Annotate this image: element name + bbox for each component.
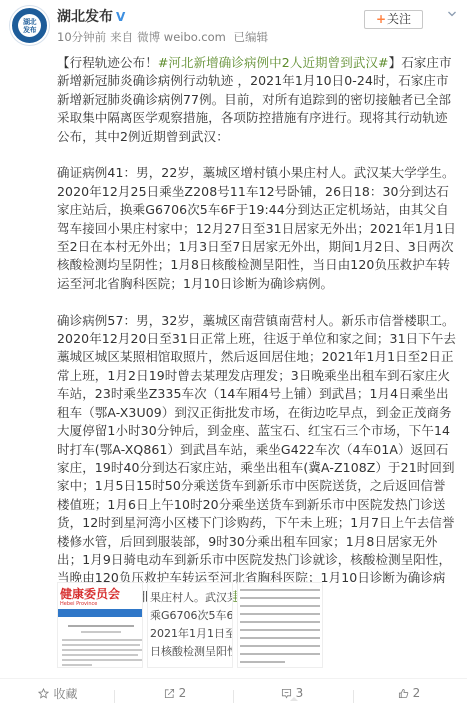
repost-icon [164,688,175,699]
source-prefix: 来自 [110,30,133,44]
divider [114,690,115,703]
verified-badge-icon: V [116,10,125,24]
intro-bracket-open: 【行程轨迹公布！ [57,55,158,70]
hashtag-link[interactable]: #河北新增确诊病例中2人近期曾到武汉# [158,55,389,70]
case-41-paragraph: 确证病例41：男，22岁，藁城区增村镇小果庄村人。武汉某大学学生。2020年12… [57,164,457,293]
action-bar: 收藏 2 3 2 [0,678,467,703]
image-thumbnail-3[interactable] [237,582,323,668]
follow-button[interactable]: +关注 [364,10,423,29]
thumb-line [62,664,92,666]
chevron-down-icon[interactable] [447,9,457,19]
thumb-line [62,659,142,661]
thumb-line [240,661,285,663]
thumb-line [240,621,320,623]
thumb-text-line: 2021年1月1日至2日 [150,627,233,641]
comment-caret-indicator [290,697,298,701]
thumb-line [62,639,142,641]
star-icon [38,688,49,699]
thumb-text-line: 日核酸检测呈阳性， [150,645,233,659]
post-meta: 10分钟前来自微博 weibo.com 已编辑 [57,30,272,44]
thumbs-up-icon [398,688,409,699]
image-thumbnail-1[interactable]: 健康委员会 Hebei Province [57,582,143,668]
thumb-line [240,597,320,599]
thumb-line [240,613,320,615]
thumb-subtitle: Hebei Province [60,601,97,607]
avatar-text-line2: 发布 [17,26,42,34]
case-57-text: 确诊病例57：男，32岁，藁城区南营镇南营村人。新乐市信誉楼职工。2020年12… [57,313,456,604]
case-57-paragraph: 确诊病例57：男，32岁，藁城区南营镇南营村人。新乐市信誉楼职工。2020年12… [57,312,457,607]
thumb-line [240,645,320,647]
avatar-logo-text: 湖北 发布 [17,18,42,34]
thumb-line [81,631,121,633]
edited-label[interactable]: 已编辑 [233,30,268,44]
user-name[interactable]: 湖北发布 [57,8,113,26]
avatar-text-line1: 湖北 [17,18,42,26]
thumb-line [240,637,320,639]
post-header: 湖北 发布 湖北发布 V 10分钟前来自微博 weibo.com 已编辑 +关注 [0,0,467,50]
thumb-line [62,649,142,651]
thumb-line [240,653,320,655]
follow-label: 关注 [387,12,411,26]
thumb-line [62,654,138,656]
thumb-title: 健康委员会 [60,587,120,601]
thumb-line [240,629,320,631]
image-gallery: 健康委员会 Hebei Province 果庄村人。武汉某大 乘G6706次5车… [57,582,457,668]
thumb-text-line: 乘G6706次5车6F于 [150,609,233,623]
like-count: 2 [413,686,421,700]
thumb-line [62,644,140,646]
thumb-navbar [58,609,143,617]
image-thumbnail-2[interactable]: 果庄村人。武汉某大 乘G6706次5车6F于 2021年1月1日至2日 日核酸检… [147,582,233,668]
avatar[interactable]: 湖北 发布 [10,6,49,45]
source-link[interactable]: 微博 weibo.com [137,30,226,44]
thumb-line [240,589,320,591]
thumb-text-line: 果庄村人。武汉某大 [150,591,233,605]
like-button[interactable]: 2 [351,683,467,703]
post-time[interactable]: 10分钟前 [57,30,106,44]
plus-icon: + [376,12,386,26]
post-body: 【行程轨迹公布！#河北新增确诊病例中2人近期曾到武汉#】石家庄市新增新冠肺炎确诊… [57,54,457,606]
post-intro: 【行程轨迹公布！#河北新增确诊病例中2人近期曾到武汉#】石家庄市新增新冠肺炎确诊… [57,54,457,146]
thumb-line [68,625,134,627]
favorite-button[interactable]: 收藏 [0,683,116,703]
repost-button[interactable]: 2 [117,683,233,703]
repost-count: 2 [179,686,187,700]
thumb-line [240,605,320,607]
favorite-label: 收藏 [53,685,77,702]
intro-bracket-close: 】 [389,55,402,70]
